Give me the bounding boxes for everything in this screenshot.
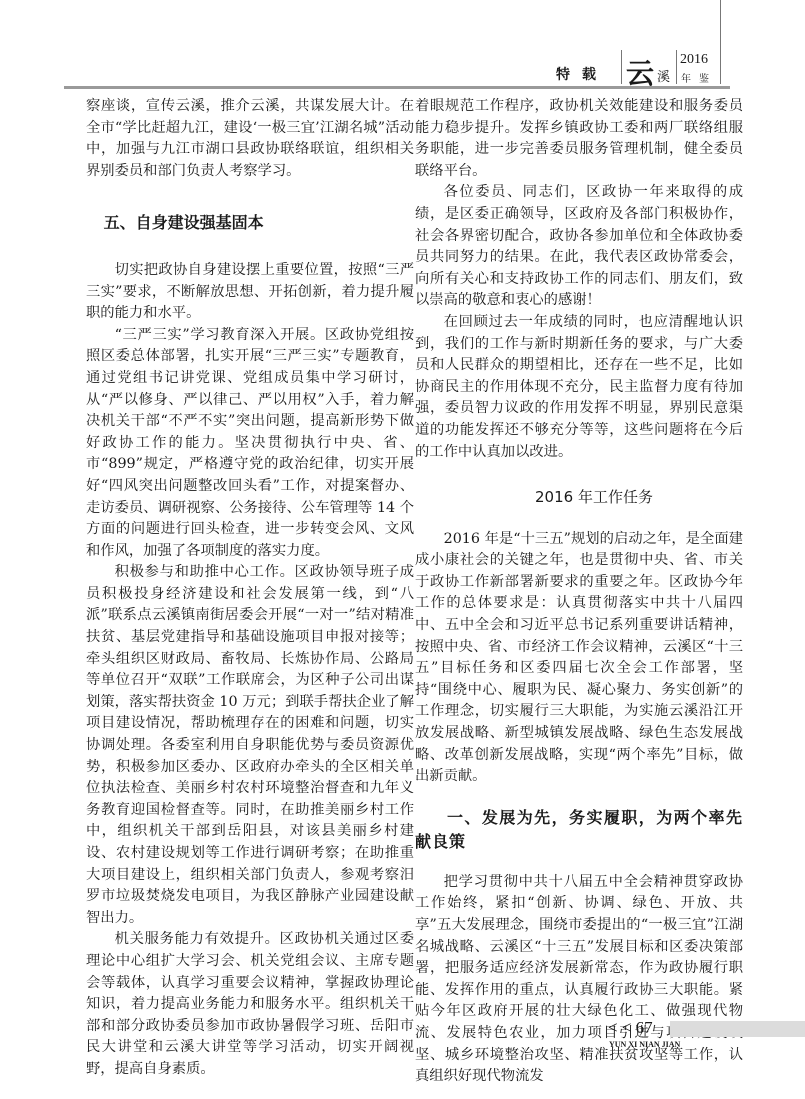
paragraph: “三严三实”学习教育深入开展。区政协党组按照区委总体部署，扎实开展“三严三实”专… <box>86 325 414 563</box>
paragraph: 积极参与和助推中心工作。区政协领导班子成员积极投身经济建设和社会发展第一线，到“… <box>86 562 414 929</box>
right-column: 着眼规范工作程序，政协机关效能建设和服务委员能力稳步提升。发挥乡镇政协工委和两厂… <box>415 96 743 1088</box>
paragraph: 各位委员、同志们，区政协一年来取得的成绩，是区委正确领导，区政府及各部门积极协作… <box>415 182 743 312</box>
header-rule <box>64 86 730 89</box>
paragraph: 在回顾过去一年成绩的同时，也应清醒地认识到，我们的工作与新时期新任务的要求，与广… <box>415 312 743 463</box>
logo-xi: 溪 <box>657 66 670 85</box>
header-year: 2016 <box>680 52 708 68</box>
footer-bar <box>670 1021 805 1037</box>
paragraph: 着眼规范工作程序，政协机关效能建设和服务委员能力稳步提升。发挥乡镇政协工委和两厂… <box>415 96 743 182</box>
header-divider <box>720 0 721 84</box>
header-subtitle: 年鉴 <box>681 70 717 85</box>
paragraph: 机关服务能力有效提升。区政协机关通过区委理论中心组扩大学习会、机关党组会议、主席… <box>86 929 414 1080</box>
publication-name: YUN XI NIAN JIAN <box>609 1040 680 1049</box>
header-divider <box>621 50 622 84</box>
section-heading: 一、发展为先，务实履职，为两个率先献良策 <box>415 806 743 854</box>
section-heading: 五、自身建设强基固本 <box>86 212 414 234</box>
page-number: < < 67 <box>608 1018 653 1038</box>
paragraph: 2016 年是“十三五”规划的启动之年，是全面建成小康社会的关键之年，也是贯彻中… <box>415 529 743 788</box>
paragraph: 切实把政协自身建设摆上重要位置，按照“三严三实”要求，不断解放思想、开拓创新，着… <box>86 260 414 325</box>
section-label: 特载 <box>556 64 608 84</box>
paragraph: 察座谈，宣传云溪，推介云溪，共谋发展大计。在全市“学比赶超九江，建设‘一极三宜’… <box>86 96 414 182</box>
header-divider <box>676 50 677 84</box>
left-column: 察座谈，宣传云溪，推介云溪，共谋发展大计。在全市“学比赶超九江，建设‘一极三宜’… <box>86 96 414 1081</box>
paragraph: 把学习贯彻中共十八届五中全会精神贯穿政协工作始终，紧扣“创新、协调、绿色、开放、… <box>415 872 743 1088</box>
section-heading: 2016 年工作任务 <box>415 487 743 509</box>
